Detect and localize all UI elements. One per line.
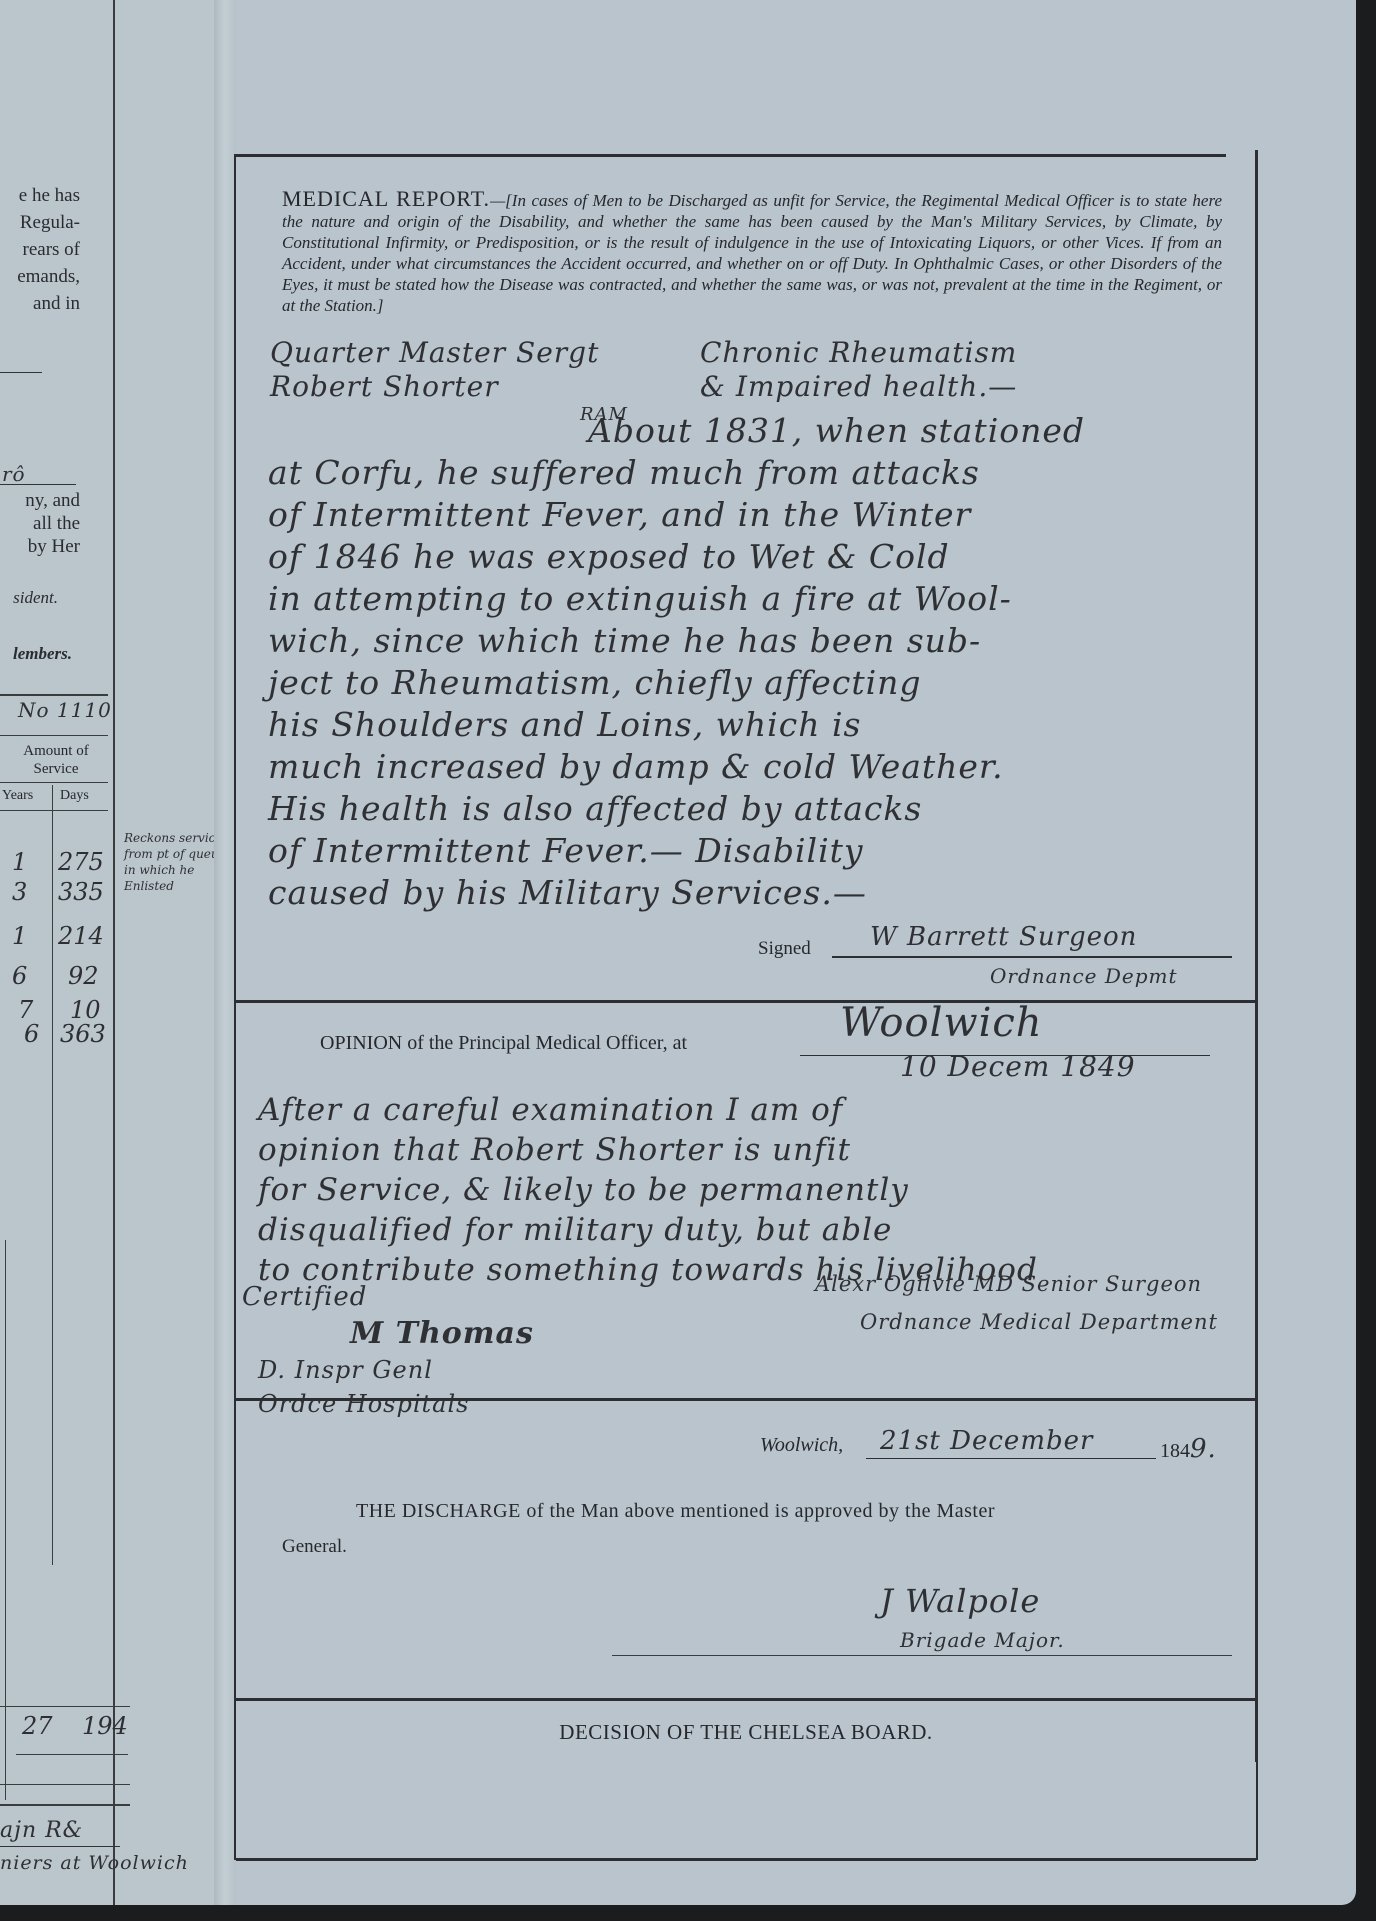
body-line: of Intermittent Fever.— Disability [268,830,1228,872]
body-line: His health is also affected by attacks [268,788,1228,830]
divider [0,484,76,485]
body-line: About 1831, when stationed [268,410,1228,452]
body-line: much increased by damp & cold Weather. [268,746,1228,788]
left-text-line: rears of [0,236,80,263]
days-cell: 92 [68,962,99,990]
table-header: Amount of Service [8,742,104,778]
surgeon-title: Ordnance Depmt [990,964,1178,988]
days-cell: 335 [58,878,104,906]
left-text-line: e he has [0,182,80,209]
body-line: opinion that Robert Shorter is unfit [258,1130,1248,1170]
discharge-place: Woolwich, [760,1434,843,1457]
year-prefix: 184 [1160,1440,1190,1462]
years-cell: 6 [24,1020,39,1048]
days-cell: 214 [58,922,104,950]
years-cell: 1 [12,922,27,950]
subject-rank: Quarter Master Sergt [270,336,599,369]
body-line: ject to Rheumatism, chiefly affecting [268,662,1228,704]
opinion-signature: Alexr Ogilvie MD Senior Surgeon [815,1272,1202,1296]
days-cell: 363 [60,1020,106,1048]
opinion-place: Woolwich [840,1000,1043,1046]
body-line: for Service, & likely to be permanently [258,1170,1248,1210]
divider [0,372,42,373]
discharge-signature-title: Brigade Major. [900,1628,1065,1652]
opinion-signature-title: Ordnance Medical Department [860,1310,1218,1334]
column-days: Days [60,788,89,804]
discharge-year-prefix: 1849. [1160,1434,1217,1464]
body-line: caused by his Military Services.— [268,872,1228,914]
signed-label: Signed [758,938,811,960]
chelsea-board-title: DECISION OF THE CHELSEA BOARD. [235,1720,1257,1745]
president-label: sident. [0,584,58,611]
opinion-date: 10 Decem 1849 [900,1050,1136,1083]
left-text-line: by Her [0,533,80,560]
opinion-label: OPINION of the Principal Medical Officer… [320,1032,687,1055]
medical-report-body: About 1831, when stationed at Corfu, he … [268,410,1228,914]
bottom-note: niers at Woolwich [0,1852,189,1874]
certifier-title: D. Inspr Genl [258,1356,433,1384]
certifier-title: Ordce Hospitals [258,1390,469,1418]
signature-line [832,956,1232,958]
discharge-date: 21st December [880,1426,1093,1456]
body-line: his Shoulders and Loins, which is [268,704,1228,746]
body-line: of Intermittent Fever, and in the Winter [268,494,1228,536]
years-cell: 1 [12,848,27,876]
body-line: disqualified for military duty, but able [258,1210,1248,1250]
years-cell: 3 [12,878,27,906]
document-page: e he has Regula- rears of emands, and in… [0,0,1356,1905]
column-years: Years [2,788,33,804]
surgeon-signature: W Barrett Surgeon [870,922,1137,952]
left-text-line: and in [0,290,80,317]
bottom-note: ajn R& [0,1818,83,1843]
opinion-body: After a careful examination I am of opin… [258,1090,1248,1290]
page-gutter [214,0,236,1905]
medical-report-title: MEDICAL REPORT. [282,186,490,211]
body-line: in attempting to extinguish a fire at Wo… [268,578,1228,620]
year-suffix: 9. [1190,1434,1217,1464]
diagnosis: & Impaired health.— [700,370,1017,403]
left-page: e he has Regula- rears of emands, and in… [0,0,219,1905]
body-line: of 1846 he was exposed to Wet & Cold [268,536,1228,578]
total-days: 194 [82,1712,128,1740]
certifier-signature: M Thomas [350,1316,534,1351]
left-text-line: emands, [0,263,80,290]
body-line: After a careful examination I am of [258,1090,1248,1130]
total-years: 27 [22,1712,53,1740]
discharge-text: THE DISCHARGE of the Man above mentioned… [356,1500,1236,1523]
members-label: lembers. [0,640,72,667]
discharge-text: General. [282,1536,347,1558]
discharge-signature: J Walpole [880,1582,1040,1620]
left-text-line: Regula- [0,209,80,236]
years-cell: 6 [12,962,27,990]
medical-report-header: MEDICAL REPORT.—[In cases of Men to be D… [282,188,1222,316]
subject-name: Robert Shorter [270,370,499,403]
days-cell: 275 [58,848,104,876]
body-line: wich, since which time he has been sub- [268,620,1228,662]
diagnosis: Chronic Rheumatism [700,336,1017,369]
reference-number: No 1110 [18,698,112,722]
body-line: at Corfu, he suffered much from attacks [268,452,1228,494]
handwritten-fragment: rô [2,462,26,486]
certified-label: Certified [242,1282,367,1312]
